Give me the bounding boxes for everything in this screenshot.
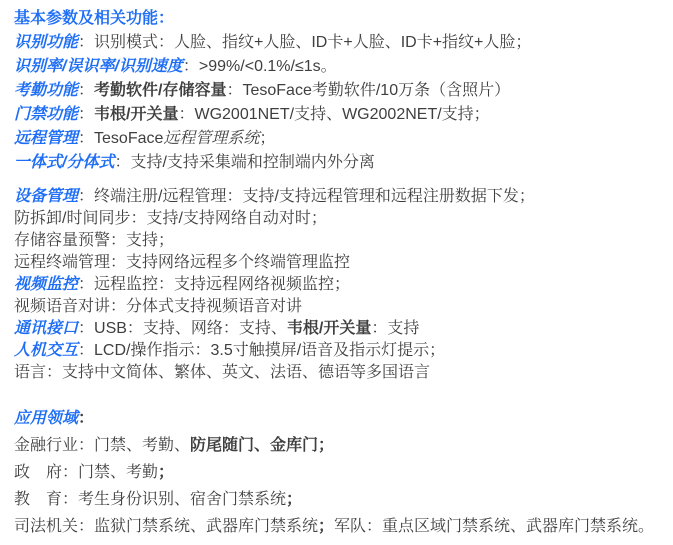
text-line: 设备管理：终端注册/远程管理：支持/支持远程管理和远程注册数据下发； <box>14 186 673 208</box>
text-line: 教 育：考生身份识别、宿舍门禁系统； <box>14 486 673 513</box>
text-segment: ； <box>318 518 334 535</box>
text-segment: 司法机关：监狱门禁系统、武器库门禁系统 <box>14 518 318 535</box>
text-line: 人机交互：LCD/操作指示：3.5寸触摸屏/语音及指示灯提示； <box>14 340 673 362</box>
text-line: 通讯接口：USB：支持、网络：支持、韦根/开关量：支持 <box>14 318 673 340</box>
text-line: 识别功能：识别模式：人脸、指纹+人脸、ID卡+人脸、ID卡+指纹+人脸； <box>14 31 673 55</box>
term-label: 一体式/分体式 <box>14 154 114 171</box>
text-line: 应用领域： <box>14 405 673 432</box>
text-line: 存储容量预警：支持； <box>14 230 673 252</box>
text-segment: ： <box>78 410 94 427</box>
text-segment: 远程管理系统 <box>163 130 259 147</box>
text-line: 门禁功能：韦根/开关量：WG2001NET/支持、WG2002NET/支持； <box>14 103 673 127</box>
term-label: 远程管理 <box>14 130 78 147</box>
text-segment: ：TesoFace <box>78 130 163 147</box>
text-line: 基本参数及相关功能： <box>14 7 673 31</box>
text-line: 考勤功能：考勤软件/存储容量：TesoFace考勤软件/10万条（含照片） <box>14 79 673 103</box>
text-segment: ：识别模式：人脸、指纹+人脸、ID卡+人脸、ID卡+指纹+人脸； <box>78 34 531 51</box>
text-segment: ； <box>286 491 302 508</box>
text-segment: ：终端注册/远程管理：支持/支持远程管理和远程注册数据下发； <box>78 188 535 205</box>
term-label: 人机交互 <box>14 342 78 359</box>
text-segment: ：>99%/<0.1%/≤1s。 <box>183 58 337 75</box>
text-segment: 韦根/开关量 <box>287 320 371 337</box>
device-mgmt-section: 设备管理：终端注册/远程管理：支持/支持远程管理和远程注册数据下发；防拆卸/时间… <box>14 186 673 384</box>
text-segment: 教 育：考生身份识别、宿舍门禁系统 <box>14 491 286 508</box>
text-segment: ：USB：支持、网络：支持、 <box>78 320 287 337</box>
text-line: 视频监控：远程监控：支持远程网络视频监控； <box>14 274 673 296</box>
text-segment: ： <box>78 82 94 99</box>
text-line: 政 府：门禁、考勤； <box>14 459 673 486</box>
text-line: 一体式/分体式：支持/支持采集端和控制端内外分离 <box>14 151 673 175</box>
text-line: 语言：支持中文简体、繁体、英文、法语、德语等多国语言 <box>14 362 673 384</box>
text-segment: ：TesoFace考勤软件/10万条（含照片） <box>226 82 510 99</box>
term-label: 应用领域 <box>14 410 78 427</box>
text-segment: 军队：重点区域门禁系统、武器库门禁系统。 <box>334 518 654 535</box>
text-segment: 视频语音对讲：分体式支持视频语音对讲 <box>14 298 302 315</box>
spec-document: 基本参数及相关功能：识别功能：识别模式：人脸、指纹+人脸、ID卡+人脸、ID卡+… <box>0 0 673 540</box>
text-segment: 远程终端管理：支持网络远程多个终端管理监控 <box>14 254 350 271</box>
text-segment: 防拆卸/时间同步：支持/支持网络自动对时； <box>14 210 327 227</box>
text-segment: ：支持 <box>371 320 419 337</box>
text-line: 识别率/误识率/识别速度：>99%/<0.1%/≤1s。 <box>14 55 673 79</box>
term-label: 识别率/误识率/识别速度 <box>14 58 183 75</box>
text-segment: ： <box>78 106 94 123</box>
term-label: 视频监控 <box>14 276 78 293</box>
app-areas-section: 应用领域：金融行业：门禁、考勤、防尾随门、金库门；政 府：门禁、考勤；教 育：考… <box>14 405 673 540</box>
term-label: 识别功能 <box>14 34 78 51</box>
text-segment: 政 府：门禁、考勤 <box>14 464 158 481</box>
text-segment: 存储容量预警：支持； <box>14 232 174 249</box>
term-label: 门禁功能 <box>14 106 78 123</box>
text-line: 远程终端管理：支持网络远程多个终端管理监控 <box>14 252 673 274</box>
text-segment: 考勤软件/存储容量 <box>94 82 226 99</box>
text-segment: 防尾随门、金库门； <box>190 437 334 454</box>
text-line: 防拆卸/时间同步：支持/支持网络自动对时； <box>14 208 673 230</box>
term-label: 考勤功能 <box>14 82 78 99</box>
text-segment: ； <box>259 130 275 147</box>
text-segment: 语言：支持中文简体、繁体、英文、法语、德语等多国语言 <box>14 364 430 381</box>
text-line: 视频语音对讲：分体式支持视频语音对讲 <box>14 296 673 318</box>
text-line: 远程管理：TesoFace远程管理系统； <box>14 127 673 151</box>
text-segment: ； <box>158 464 174 481</box>
basic-params-section: 基本参数及相关功能：识别功能：识别模式：人脸、指纹+人脸、ID卡+人脸、ID卡+… <box>14 7 673 175</box>
text-segment: 韦根/开关量 <box>94 106 178 123</box>
term-label: 基本参数及相关功能： <box>14 10 174 27</box>
text-segment: ：支持/支持采集端和控制端内外分离 <box>114 154 374 171</box>
text-line: 司法机关：监狱门禁系统、武器库门禁系统；军队：重点区域门禁系统、武器库门禁系统。 <box>14 513 673 540</box>
text-segment: ：远程监控：支持远程网络视频监控； <box>78 276 350 293</box>
term-label: 设备管理 <box>14 188 78 205</box>
text-segment: ：WG2001NET/支持、WG2002NET/支持； <box>178 106 489 123</box>
term-label: 通讯接口 <box>14 320 78 337</box>
text-segment: 金融行业：门禁、考勤、 <box>14 437 190 454</box>
text-line: 金融行业：门禁、考勤、防尾随门、金库门； <box>14 432 673 459</box>
text-segment: ：LCD/操作指示：3.5寸触摸屏/语音及指示灯提示； <box>78 342 445 359</box>
